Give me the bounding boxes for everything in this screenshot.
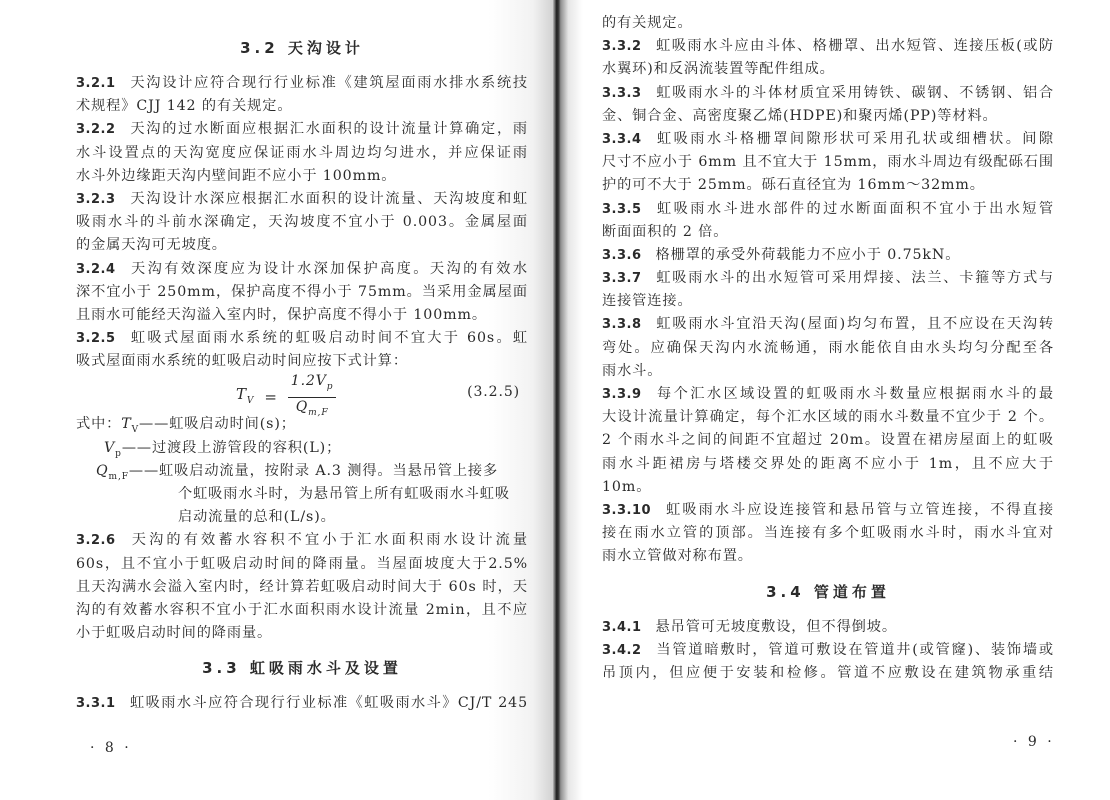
- section-title-3-4: 3.4 管道布置: [602, 581, 1054, 604]
- text-line: 60s，且不宜小于虹吸启动时间的降雨量。当屋面坡度大于2.5%: [76, 553, 528, 576]
- left-page-text: 3.2 天沟设计 3.2.1天沟设计应符合现行行业标准《建筑屋面雨水排水系统技 …: [76, 37, 528, 716]
- text-line: 小于虹吸启动时间的降雨量。: [76, 622, 528, 645]
- text-line: 雨水立管做对称布置。: [602, 545, 1054, 568]
- text-line: 断面面积的 2 倍。: [602, 221, 1054, 244]
- text-line: 吊顶内，但应便于安装和检修。管道不应敷设在建筑物承重结: [602, 662, 1054, 685]
- text-line: 弯处。应确保天沟内水流畅通，雨水能依自由水头均匀分配至各: [602, 337, 1054, 360]
- clause-number: 3.3.7: [602, 271, 642, 286]
- text-line: 3.2.2天沟的过水断面应根据汇水面积的设计流量计算确定，雨: [76, 118, 528, 141]
- clause-number: 3.2.3: [76, 192, 116, 207]
- text-line: 3.2.5虹吸式屋面雨水系统的虹吸启动时间不宜大于 60s。虹: [76, 327, 528, 350]
- text-line: 2 个雨水斗之间的间距不宜超过 20m。设置在裙房屋面上的虹吸: [602, 429, 1054, 452]
- text-line: 的有关规定。: [602, 12, 1054, 35]
- text-line: 3.2.4天沟有效深度应为设计水深加保护高度。天沟的有效水: [76, 258, 528, 281]
- text-line: 深不宜小于 250mm，保护高度不得小于 75mm。当采用金属屋面: [76, 281, 528, 304]
- formula-expression: TV = 1.2Vp Qm,F: [236, 373, 336, 422]
- text-line: 3.3.1虹吸雨水斗应符合现行行业标准《虹吸雨水斗》CJ/T 245: [76, 692, 528, 715]
- clause-number: 3.3.1: [76, 696, 116, 711]
- text-line: 3.4.2当管道暗敷时，管道可敷设在管道井(或管窿)、装饰墙或: [602, 639, 1054, 662]
- definition-line: 个虹吸雨水斗时，为悬吊管上所有虹吸雨水斗虹吸: [76, 483, 528, 506]
- text-line: 水翼环)和反涡流装置等配件组成。: [602, 58, 1054, 81]
- text-line: 3.3.3虹吸雨水斗的斗体材质宜采用铸铁、碳钢、不锈钢、铝合: [602, 82, 1054, 105]
- page-number-left: · 8 ·: [90, 740, 132, 756]
- text-line: 金、铜合金、高密度聚乙烯(HDPE)和聚丙烯(PP)等材料。: [602, 105, 1054, 128]
- text-line: 且雨水可能经天沟溢入室内时，保护高度不得小于 100mm。: [76, 304, 528, 327]
- clause-number: 3.3.3: [602, 86, 642, 101]
- text-line: 3.3.2虹吸雨水斗应由斗体、格栅罩、出水短管、连接压板(或防: [602, 35, 1054, 58]
- text-line: 3.2.1天沟设计应符合现行行业标准《建筑屋面雨水排水系统技: [76, 72, 528, 95]
- clause-number: 3.4.1: [602, 620, 642, 635]
- book-spine: [553, 0, 561, 800]
- text-line: 且天沟满水会溢入室内时，经计算若虹吸启动时间大于 60s 时，天: [76, 576, 528, 599]
- text-line: 3.4.1悬吊管可无坡度敷设，但不得倒坡。: [602, 616, 1054, 639]
- text-line: 3.3.8虹吸雨水斗宜沿天沟(屋面)均匀布置，且不应设在天沟转: [602, 313, 1054, 336]
- definition-line: 启动流量的总和(L/s)。: [76, 506, 528, 529]
- fraction: 1.2Vp Qm,F: [288, 373, 337, 422]
- clause-number: 3.3.9: [602, 387, 642, 402]
- page-number-right: · 9 ·: [1013, 734, 1055, 750]
- text-line: 3.3.10虹吸雨水斗应设连接管和悬吊管与立管连接，不得直接: [602, 499, 1054, 522]
- text-line: 3.2.6天沟的有效蓄水容积不宜小于汇水面积雨水设计流量: [76, 529, 528, 552]
- text-line: 大设计流量计算确定，每个汇水区域的雨水斗数量不宜少于 2 个。: [602, 406, 1054, 429]
- text-line: 3.3.6格栅罩的承受外荷载能力不应小于 0.75kN。: [602, 244, 1054, 267]
- text-line: 护的可不大于 25mm。砾石直径宜为 16mm～32mm。: [602, 174, 1054, 197]
- text-line: 术规程》CJJ 142 的有关规定。: [76, 95, 528, 118]
- text-line: 尺寸不应小于 6mm 且不宜大于 15mm，雨水斗周边有级配砾石围: [602, 151, 1054, 174]
- formula-3-2-5: TV = 1.2Vp Qm,F (3.2.5): [76, 373, 528, 413]
- text-line: 的金属天沟可无坡度。: [76, 234, 528, 257]
- clause-number: 3.2.1: [76, 76, 116, 91]
- clause-number: 3.2.4: [76, 262, 116, 277]
- text-line: 连接管连接。: [602, 290, 1054, 313]
- clause-number: 3.3.5: [602, 202, 642, 217]
- text-line: 10m。: [602, 476, 1054, 499]
- formula-definitions: 式中：TV——虹吸启动时间(s)； Vp——过渡段上游管段的容积(L)； Qm,…: [76, 413, 528, 529]
- text-line: 雨水斗。: [602, 360, 1054, 383]
- text-line: 水斗设置点的天沟宽度应保证雨水斗周边均匀进水，并应保证雨: [76, 142, 528, 165]
- definition-line: Vp——过渡段上游管段的容积(L)；: [76, 437, 528, 460]
- definition-line: Qm,F——虹吸启动流量，按附录 A.3 测得。当悬吊管上接多: [76, 460, 528, 483]
- text-line: 3.3.7虹吸雨水斗的出水短管可采用焊接、法兰、卡箍等方式与: [602, 267, 1054, 290]
- clause-number: 3.2.6: [76, 533, 116, 548]
- text-line: 3.2.3天沟设计水深应根据汇水面积的设计流量、天沟坡度和虹: [76, 188, 528, 211]
- text-line: 3.3.9每个汇水区域设置的虹吸雨水斗数量应根据雨水斗的最: [602, 383, 1054, 406]
- text-line: 水斗外边缘距天沟内壁间距不应小于 100mm。: [76, 165, 528, 188]
- section-title-3-2: 3.2 天沟设计: [76, 37, 528, 60]
- text-line: 吸雨水斗的斗前水深确定，天沟坡度不宜小于 0.003。金属屋面: [76, 211, 528, 234]
- clause-number: 3.2.2: [76, 122, 116, 137]
- section-title-3-3: 3.3 虹吸雨水斗及设置: [76, 657, 528, 680]
- clause-number: 3.3.10: [602, 503, 651, 518]
- text-line: 3.3.4虹吸雨水斗格栅罩间隙形状可采用孔状或细槽状。间隙: [602, 128, 1054, 151]
- text-line: 3.3.5虹吸雨水斗进水部件的过水断面面积不宜小于出水短管: [602, 198, 1054, 221]
- right-page-text: 的有关规定。 3.3.2虹吸雨水斗应由斗体、格栅罩、出水短管、连接压板(或防 水…: [602, 12, 1054, 685]
- clause-number: 3.3.8: [602, 317, 642, 332]
- clause-number: 3.2.5: [76, 331, 116, 346]
- clause-number: 3.3.4: [602, 132, 642, 147]
- text-line: 沟的有效蓄水容积不宜小于汇水面积雨水设计流量 2min，且不应: [76, 599, 528, 622]
- text-line: 雨水斗距裙房与塔楼交界处的距离不应小于 1m，且不应大于: [602, 453, 1054, 476]
- equation-number: (3.2.5): [467, 381, 520, 404]
- clause-number: 3.3.6: [602, 248, 642, 263]
- clause-number: 3.4.2: [602, 643, 642, 658]
- text-line: 接在雨水立管的顶部。当连接有多个虹吸雨水斗时，雨水斗宜对: [602, 522, 1054, 545]
- text-line: 吸式屋面雨水系统的虹吸启动时间应按下式计算：: [76, 350, 528, 373]
- clause-number: 3.3.2: [602, 39, 642, 54]
